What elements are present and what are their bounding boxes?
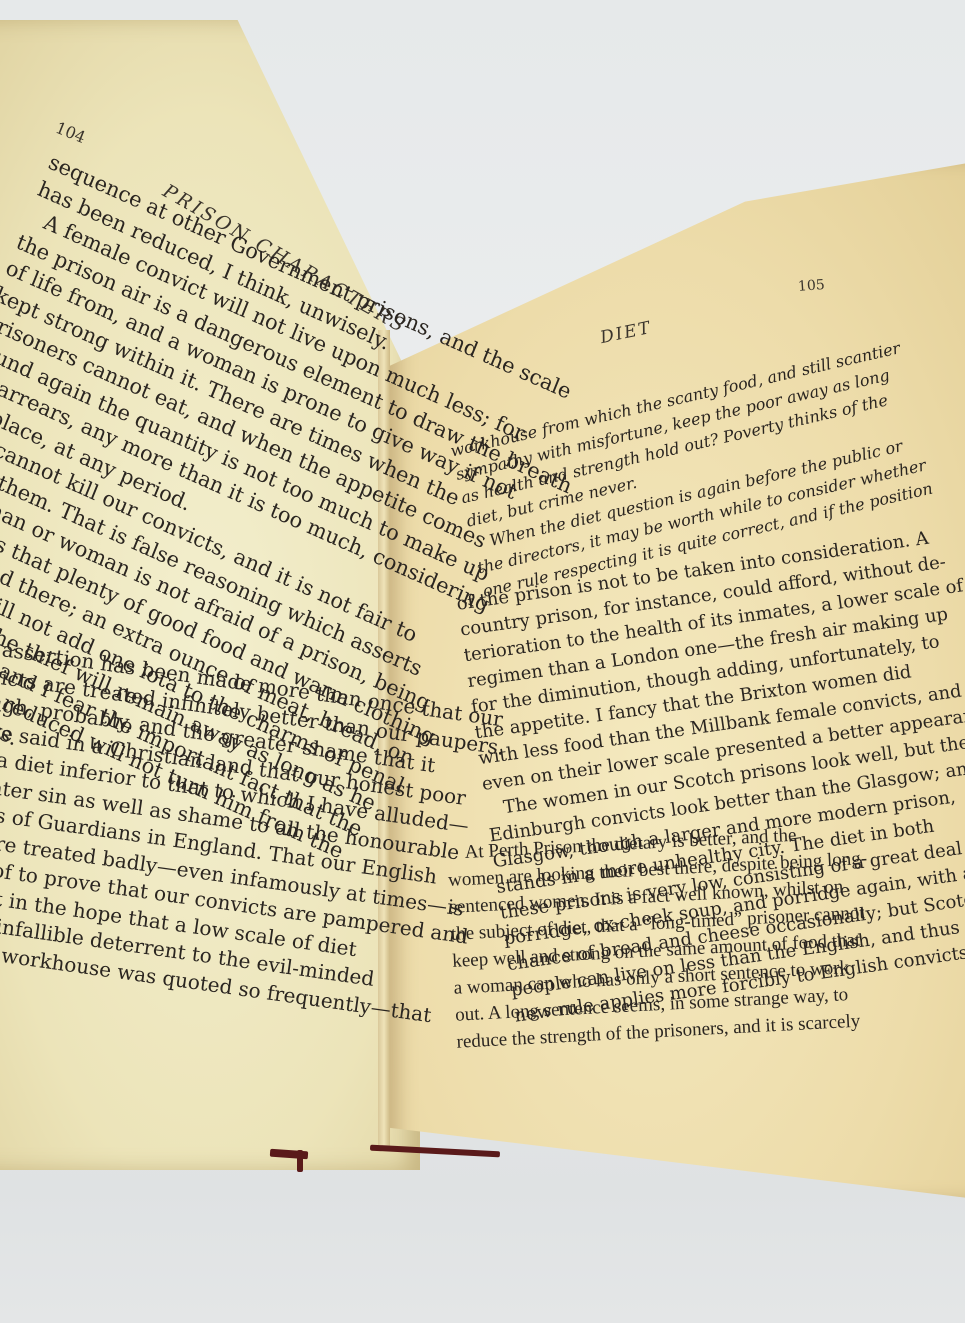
binding-edge — [297, 1150, 303, 1172]
left-page-body-lower: The assertion has been made more than on… — [0, 630, 386, 1017]
right-page-body-lower: At Perth Prison the dietary is better, a… — [446, 815, 942, 1056]
photo-scene: 104 PRISON CHARACTERS sequence at other … — [0, 0, 965, 1323]
right-page-number: 105 — [797, 277, 825, 295]
